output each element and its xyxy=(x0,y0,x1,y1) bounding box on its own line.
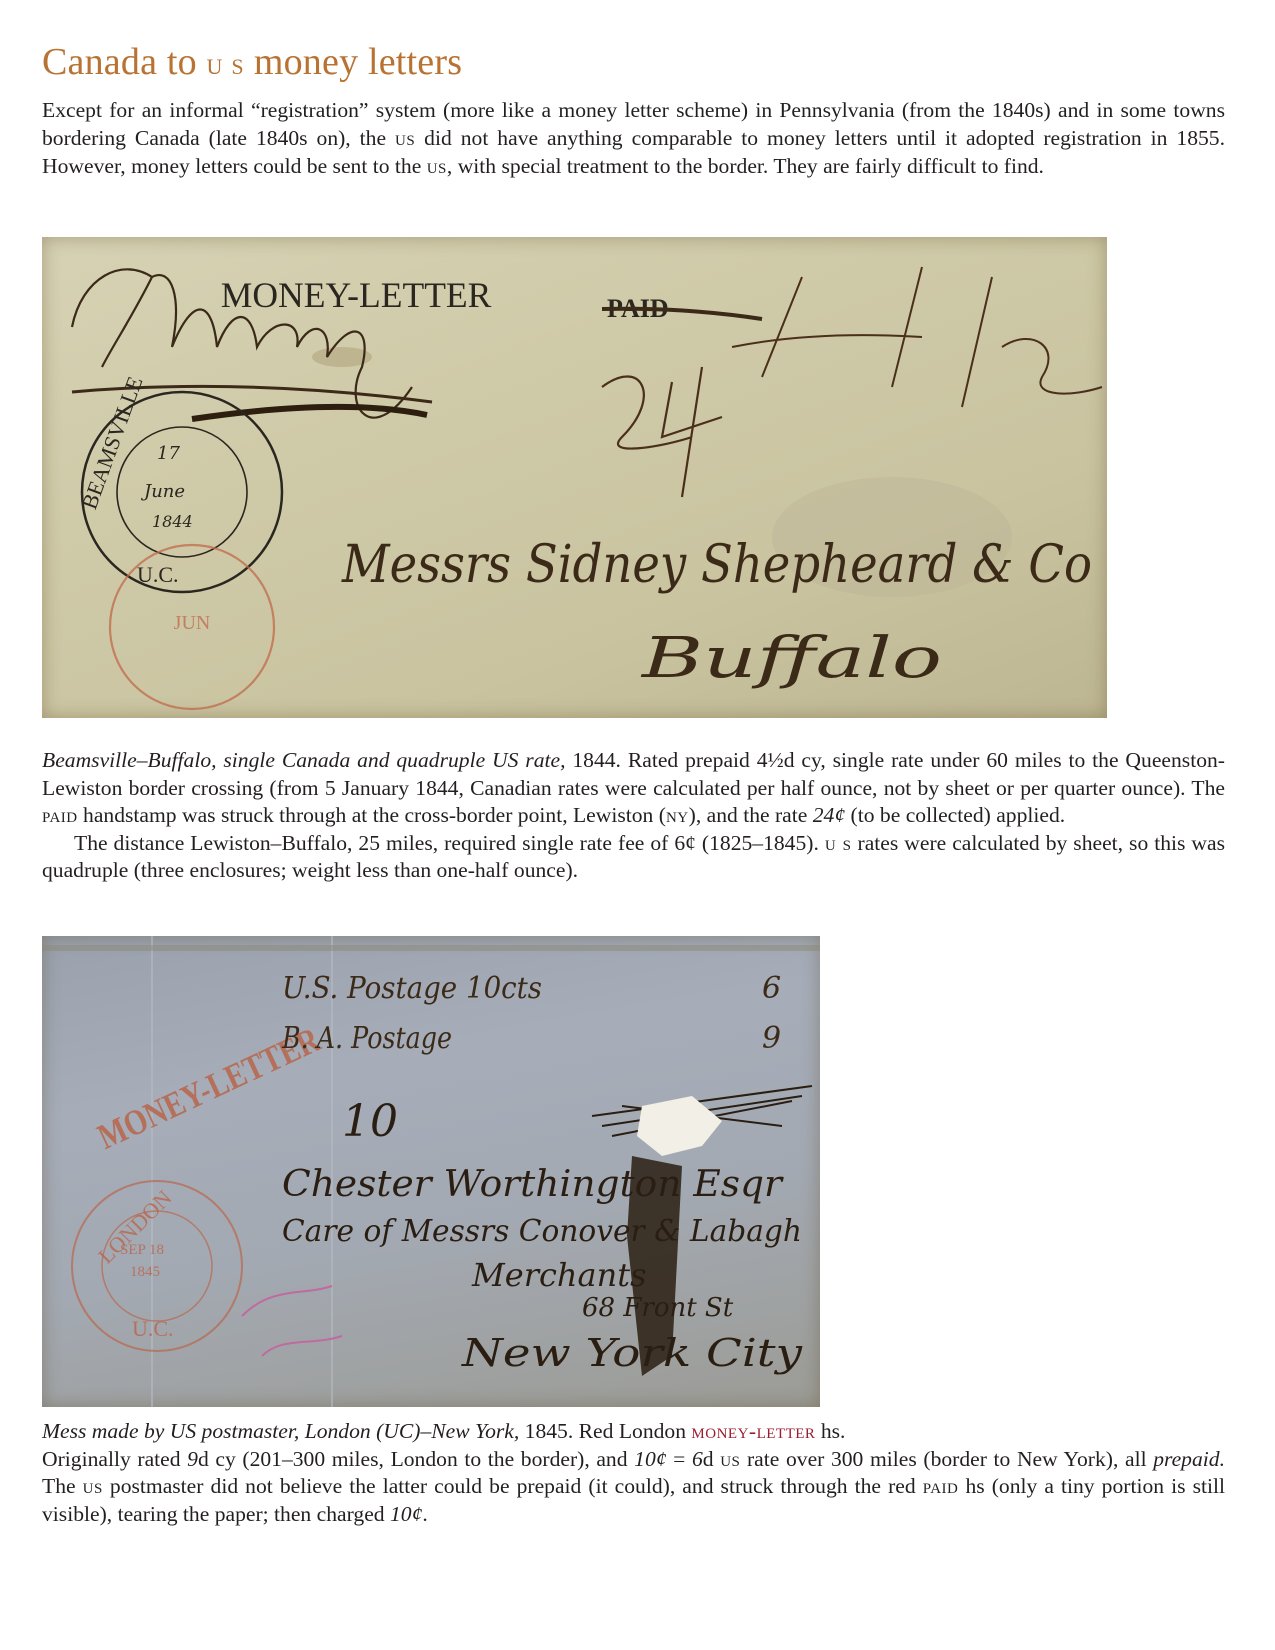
caption1-rate: 24¢ xyxy=(813,803,845,827)
caption2-line1: Mess made by US postmaster, London (UC)–… xyxy=(42,1418,1225,1446)
caption2-text: Originally rated xyxy=(42,1447,187,1471)
intro-text: , with special treatment to the border. … xyxy=(447,154,1044,178)
beamsville-cds-town: BEAMSVILLE xyxy=(76,373,147,512)
london-cds-province: U.C. xyxy=(132,1316,174,1341)
caption2-italic: 6 xyxy=(692,1447,703,1471)
intro-paragraph: Except for an informal “registration” sy… xyxy=(42,96,1225,180)
title-us-smallcaps: U S xyxy=(207,45,245,81)
intro-us-abbr: US xyxy=(395,126,415,150)
cover1-address-line2: Buffalo xyxy=(641,626,942,691)
cover1-artwork: MONEY-LETTER PAID BEAMSVILLE U.C. 17 Jun… xyxy=(42,237,1107,718)
page-title: Canada to U S money letters xyxy=(42,40,462,84)
caption1-title: Beamsville–Buffalo, single Canada and qu… xyxy=(42,748,565,772)
caption1-text: (to be collected) applied. xyxy=(845,803,1065,827)
caption2-text: hs. xyxy=(815,1419,845,1443)
cover-image-london-newyork: MONEY-LETTER U.S. Postage 10cts 6 B. A. … xyxy=(42,936,820,1407)
us-postage-line: U.S. Postage 10cts xyxy=(282,971,542,1006)
ba-postage-value: 9 xyxy=(762,1021,781,1056)
caption2-text: d xyxy=(703,1447,720,1471)
cover2-artwork: MONEY-LETTER U.S. Postage 10cts 6 B. A. … xyxy=(42,936,820,1407)
caption2-us-abbr: US xyxy=(720,1447,740,1471)
caption-beamsville-buffalo: Beamsville–Buffalo, single Canada and qu… xyxy=(42,747,1225,885)
caption2-text: 1845. Red London xyxy=(519,1419,691,1443)
caption1-paragraph1: Beamsville–Buffalo, single Canada and qu… xyxy=(42,747,1225,830)
queenston-cds-date: JUN xyxy=(174,612,211,634)
caption1-paid-abbr: PAID xyxy=(42,803,78,827)
caption2-paragraph: Originally rated 9d cy (201–300 miles, L… xyxy=(42,1446,1225,1529)
cover2-address-line1: Chester Worthington Esqr xyxy=(282,1164,784,1205)
caption2-text: rate over 300 miles (border to New York)… xyxy=(740,1447,1153,1471)
title-prefix: Canada to xyxy=(42,41,207,83)
caption2-title: Mess made by US postmaster, London (UC)–… xyxy=(42,1419,519,1443)
cds-year: 1844 xyxy=(152,512,193,531)
caption1-paragraph2: The distance Lewiston–Buffalo, 25 miles,… xyxy=(42,830,1225,885)
caption2-text: = xyxy=(667,1447,692,1471)
london-cds-year: 1845 xyxy=(130,1264,160,1280)
cover2-address-line2: Care of Messrs Conover & Labagh xyxy=(282,1214,802,1249)
cover2-address-line4: 68 Front St xyxy=(582,1293,734,1323)
us-postage-value: 6 xyxy=(762,971,781,1006)
intro-us-abbr: US xyxy=(427,154,447,178)
caption2-italic: 9 xyxy=(187,1447,198,1471)
caption1-ny-abbr: NY xyxy=(666,803,689,827)
caption1-text: ), and the rate xyxy=(689,803,813,827)
caption1-text: The distance Lewiston–Buffalo, 25 miles,… xyxy=(74,831,825,855)
caption2-money-letter-red: MONEY-LETTER xyxy=(691,1419,815,1443)
money-letter-handstamp: MONEY-LETTER xyxy=(221,276,492,315)
cover-image-beamsville-buffalo: MONEY-LETTER PAID BEAMSVILLE U.C. 17 Jun… xyxy=(42,237,1107,718)
caption2-paid-abbr: PAID xyxy=(923,1474,959,1498)
charge-10: 10 xyxy=(342,1096,398,1147)
caption2-text: . xyxy=(422,1502,427,1526)
cover1-address-line1: Messrs Sidney Shepheard & Co xyxy=(341,535,1092,595)
caption2-text: postmaster did not believe the latter co… xyxy=(103,1474,923,1498)
ba-postage-line: B. A. Postage xyxy=(281,1021,452,1056)
caption2-text: The xyxy=(42,1474,83,1498)
caption2-us-abbr: US xyxy=(83,1474,103,1498)
caption2-italic: 10¢ xyxy=(390,1502,422,1526)
caption1-us-abbr: U S xyxy=(825,831,852,855)
cover2-address-line3: Merchants xyxy=(471,1256,647,1294)
cover2-address-line5: New York City xyxy=(461,1331,803,1375)
cds-day: 17 xyxy=(157,443,180,464)
caption2-text: d cy (201–300 miles, London to the borde… xyxy=(198,1447,634,1471)
beamsville-cds-province: U.C. xyxy=(137,562,179,587)
caption2-italic: prepaid. xyxy=(1153,1447,1225,1471)
caption2-italic: 10¢ xyxy=(634,1447,666,1471)
cds-month: June xyxy=(140,481,185,502)
london-cds-date: SEP 18 xyxy=(120,1242,164,1258)
title-suffix: money letters xyxy=(244,41,462,83)
caption-london-newyork: Mess made by US postmaster, London (UC)–… xyxy=(42,1418,1225,1528)
caption1-text: handstamp was struck through at the cros… xyxy=(78,803,666,827)
